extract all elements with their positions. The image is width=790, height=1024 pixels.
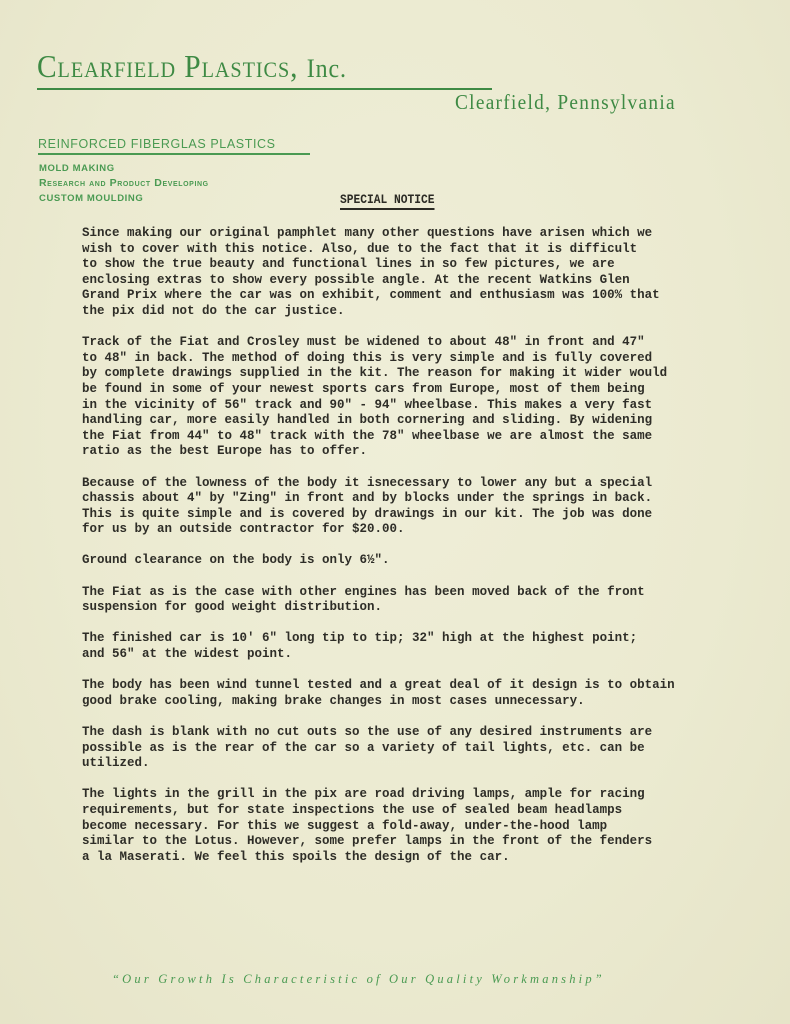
paragraph-lights: The lights in the grill in the pix are r…	[82, 787, 722, 865]
footer-motto: “Our Growth Is Characteristic of Our Qua…	[112, 972, 605, 987]
service-item: CUSTOM MOULDING	[39, 191, 209, 206]
company-location: Clearfield, Pennsylvania	[455, 90, 676, 115]
paragraph-wind-tunnel: The body has been wind tunnel tested and…	[82, 678, 722, 709]
company-name-text: Clearfield Plastics,	[37, 48, 298, 84]
service-item: Research and Product Developing	[39, 176, 209, 191]
company-tagline: REINFORCED FIBERGLAS PLASTICS	[38, 137, 276, 151]
paragraph-engine: The Fiat as is the case with other engin…	[82, 585, 722, 616]
company-underline	[37, 88, 492, 90]
notice-body: Since making our original pamphlet many …	[82, 226, 722, 881]
service-item: MOLD MAKING	[39, 161, 209, 176]
paragraph-clearance: Ground clearance on the body is only 6½"…	[82, 553, 722, 569]
services-list: MOLD MAKING Research and Product Develop…	[39, 161, 209, 206]
company-name: Clearfield Plastics, Inc.	[37, 48, 347, 85]
paragraph-dash: The dash is blank with no cut outs so th…	[82, 725, 722, 772]
paragraph-lowering: Because of the lowness of the body it is…	[82, 476, 722, 538]
paragraph-track: Track of the Fiat and Crosley must be wi…	[82, 335, 722, 460]
letter-page: Clearfield Plastics, Inc. Clearfield, Pe…	[0, 0, 790, 1024]
paragraph-dimensions: The finished car is 10' 6" long tip to t…	[82, 631, 722, 662]
paragraph-intro: Since making our original pamphlet many …	[82, 226, 722, 320]
notice-title: SPECIAL NOTICE	[340, 193, 435, 210]
company-suffix: Inc.	[307, 54, 347, 83]
tagline-underline	[38, 153, 310, 155]
